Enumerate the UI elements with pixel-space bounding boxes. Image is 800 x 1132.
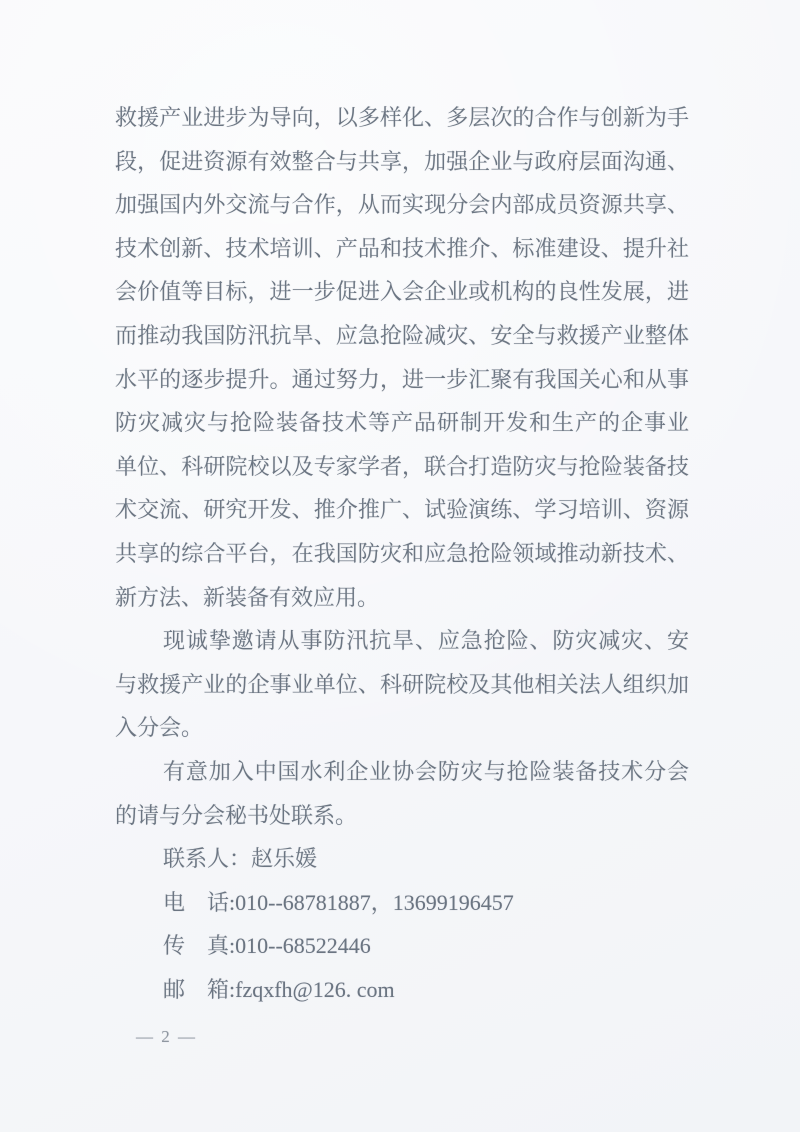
document-page: 救援产业进步为导向，以多样化、多层次的合作与创新为手段，促进资源有效整合与共享，… xyxy=(0,0,800,1132)
text-line: 技术创新、技术培训、产品和技术推介、标准建设、提升社 xyxy=(115,227,689,271)
contact-line: 电 话:010--68781887，13699196457 xyxy=(115,881,689,925)
text-line: 新方法、新装备有效应用。 xyxy=(115,576,689,620)
text-line: 水平的逐步提升。通过努力，进一步汇聚有我国关心和从事 xyxy=(115,358,689,402)
text-line: 入分会。 xyxy=(115,706,689,750)
contact-line: 邮 箱:fzqxfh@126. com xyxy=(115,968,689,1012)
text-line: 而推动我国防汛抗旱、应急抢险减灾、安全与救援产业整体 xyxy=(115,314,689,358)
text-line: 防灾减灾与抢险装备技术等产品研制开发和生产的企事业 xyxy=(115,401,689,445)
text-line: 加强国内外交流与合作，从而实现分会内部成员资源共享、 xyxy=(115,183,689,227)
text-line: 有意加入中国水利企业协会防灾与抢险装备技术分会 xyxy=(115,750,689,794)
text-line: 共享的综合平台，在我国防灾和应急抢险领域推动新技术、 xyxy=(115,532,689,576)
text-line: 段，促进资源有效整合与共享，加强企业与政府层面沟通、 xyxy=(115,140,689,184)
text-line: 与救援产业的企事业单位、科研院校及其他相关法人组织加 xyxy=(115,663,689,707)
contact-line: 传 真:010--68522446 xyxy=(115,924,689,968)
text-line: 现诚挚邀请从事防汛抗旱、应急抢险、防灾减灾、安全 xyxy=(115,619,689,663)
document-body: 救援产业进步为导向，以多样化、多层次的合作与创新为手段，促进资源有效整合与共享，… xyxy=(115,96,689,1011)
contact-line: 联系人：赵乐媛 xyxy=(115,837,689,881)
text-line: 的请与分会秘书处联系。 xyxy=(115,794,689,838)
page-number: — 2 — xyxy=(136,1026,197,1048)
text-line: 救援产业进步为导向，以多样化、多层次的合作与创新为手 xyxy=(115,96,689,140)
text-line: 单位、科研院校以及专家学者，联合打造防灾与抢险装备技 xyxy=(115,445,689,489)
text-line: 术交流、研究开发、推介推广、试验演练、学习培训、资源 xyxy=(115,488,689,532)
text-line: 会价值等目标，进一步促进入会企业或机构的良性发展，进 xyxy=(115,270,689,314)
